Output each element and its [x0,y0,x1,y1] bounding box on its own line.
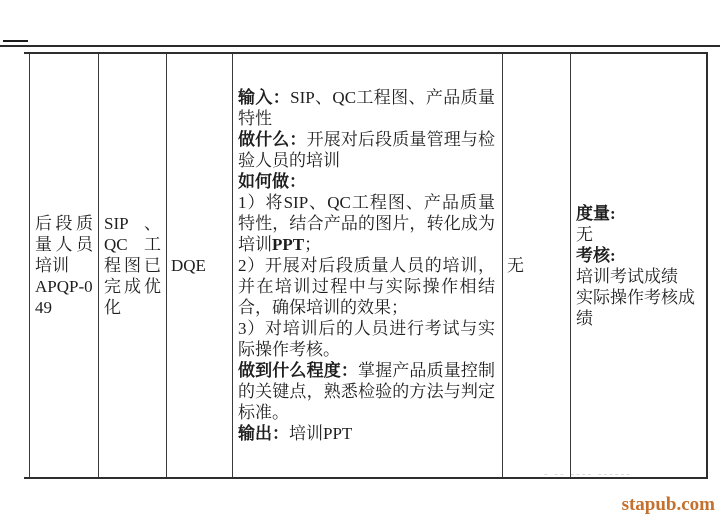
process-paragraph: 3）对培训后的人员进行考试与实际操作考核。 [238,318,495,360]
process-paragraph: 输入：SIP、QC工程图、产品质量特性 [238,87,495,129]
task-code: APQP-049 [35,276,93,318]
stapub-watermark: stapub.com [622,494,715,516]
process-cell: 输入：SIP、QC工程图、产品质量特性做什么：开展对后段质量管理与检验人员的培训… [233,54,503,477]
faint-watermark-remnant: - -- ---- ------ [544,468,714,480]
remark-cell: 无 [503,54,571,477]
task-cell: 后段质量人员培训 APQP-049 [30,54,99,477]
metrics-line: 培训考试成绩 [576,266,701,287]
metrics-line: 无 [576,224,701,245]
process-paragraph: 输出：培训PPT [238,423,495,444]
remark-text: 无 [507,255,566,276]
owner-text: DQE [171,255,228,276]
document-page: 后段质量人员培训 APQP-049 SIP、QC工程图已完成优化 DQE 输入：… [0,0,720,521]
metrics-line: 度量: [576,203,701,224]
precondition-text: SIP、QC工程图已完成优化 [104,213,161,318]
process-paragraph: 如何做： [238,171,495,192]
process-paragraph: 2）开展对后段质量人员的培训，并在培训过程中与实际操作相结合，确保培训的效果； [238,255,495,318]
process-table: 后段质量人员培训 APQP-049 SIP、QC工程图已完成优化 DQE 输入：… [24,52,708,479]
top-left-dash-rule [3,40,28,42]
metrics-line: 考核: [576,245,701,266]
process-paragraph: 做到什么程度：掌握产品质量控制的关键点，熟悉检验的方法与判定标准。 [238,360,495,423]
process-paragraph: 1）将SIP、QC工程图、产品质量特性，结合产品的图片，转化成为培训PPT； [238,192,495,255]
owner-cell: DQE [167,54,233,477]
task-title: 后段质量人员培训 [35,213,93,276]
process-paragraph: 做什么：开展对后段质量管理与检验人员的培训 [238,129,495,171]
precondition-cell: SIP、QC工程图已完成优化 [99,54,167,477]
header-horizontal-rule [0,45,720,47]
metrics-cell: 度量:无考核:培训考试成绩实际操作考核成绩 [571,54,708,477]
metrics-line: 实际操作考核成绩 [576,287,701,329]
